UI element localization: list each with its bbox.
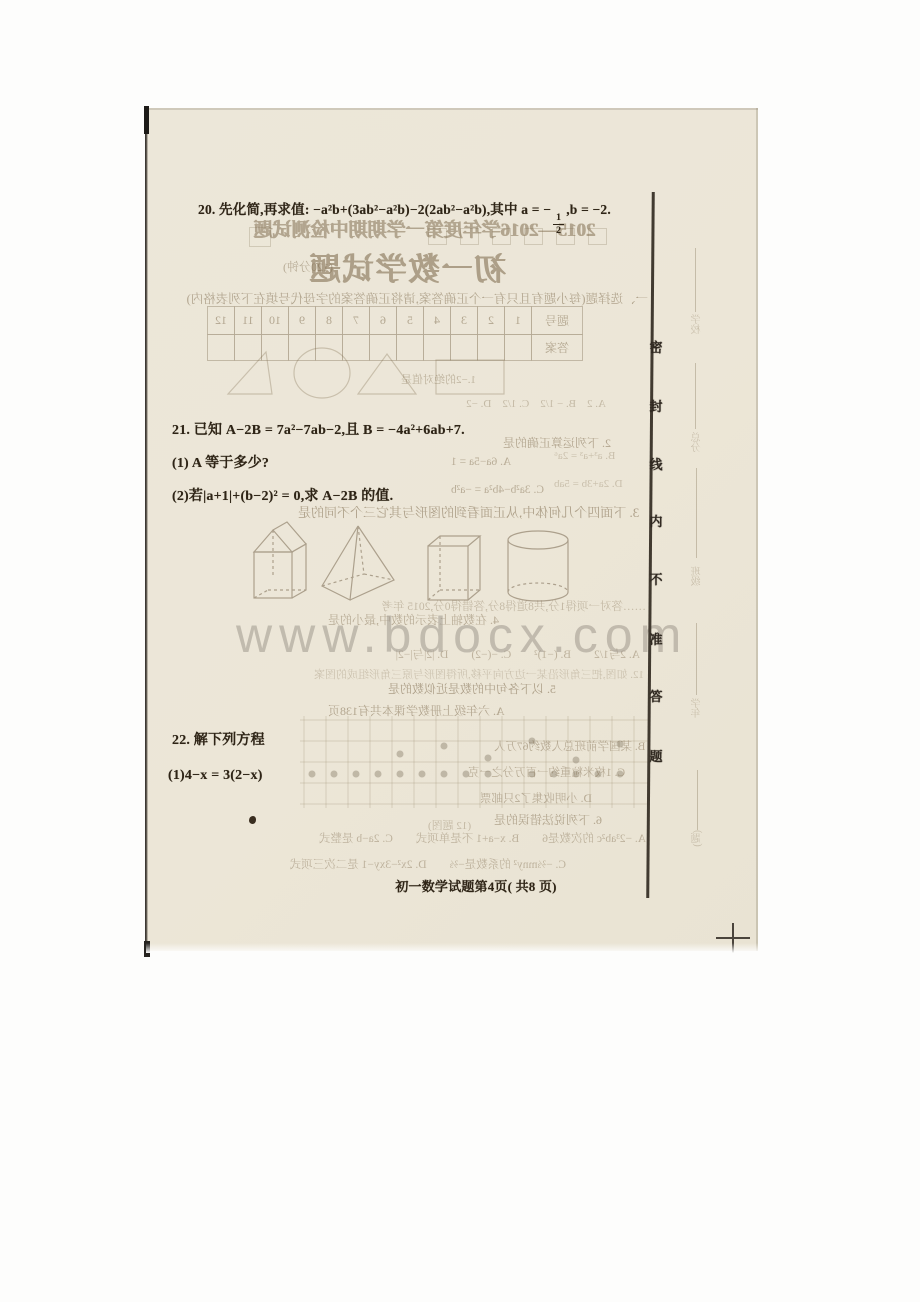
table-cell: 3 bbox=[450, 306, 478, 335]
question-20-text: 20. 先化简,再求值: −a²b+(3ab²−a²b)−2(2ab²−a²b)… bbox=[198, 202, 551, 217]
bleed-fragment: 1.−2的绝对值是 bbox=[401, 371, 476, 387]
fraction-denominator: 2 bbox=[556, 225, 561, 236]
scan-edge-mark-top bbox=[144, 106, 149, 134]
margin-dash bbox=[695, 363, 696, 429]
question-22-title: 22. 解下列方程 bbox=[172, 729, 265, 749]
table-cell: 答案 bbox=[531, 334, 583, 361]
bleed-fragment: B. 某国学前班总人数约67万人 bbox=[494, 738, 645, 754]
scan-canvas: 2015—2016学年度第一学期期中检测试题 初一数学试题 (120分钟) 一、… bbox=[0, 0, 920, 1302]
bleed-margin-label: (题) bbox=[690, 830, 705, 847]
paper-right-edge bbox=[756, 108, 758, 951]
bleed-margin-label: 总分 bbox=[690, 432, 705, 452]
bleed-fragment: C. 1枚米粒重约一百万分之一克 bbox=[468, 764, 625, 780]
table-cell: 8 bbox=[315, 306, 343, 335]
table-cell: 5 bbox=[396, 306, 424, 335]
bleed-fragment: C. 3a²b−4b²a = −a²b bbox=[451, 484, 544, 496]
margin-dash bbox=[695, 248, 696, 312]
seal-char: 不 bbox=[647, 569, 665, 588]
question-22-part1: (1)4−x = 3(2−x) bbox=[168, 768, 263, 784]
table-cell: 4 bbox=[423, 306, 451, 335]
bleed-fragment: 5. 以下各句中的数是近似数的是 bbox=[388, 680, 556, 697]
bleed-fragment: D. 2a+3b = 5ab bbox=[554, 478, 623, 490]
bleed-fragment: A. 六年级上册数学课本共有138页 bbox=[328, 702, 505, 719]
seal-char: 线 bbox=[647, 454, 665, 473]
margin-dash bbox=[697, 770, 698, 830]
scan-left-edge-line bbox=[145, 108, 148, 951]
fraction: 12 bbox=[553, 213, 564, 235]
seal-char: 准 bbox=[647, 629, 665, 648]
seal-char: 题 bbox=[647, 746, 665, 765]
bleed-fragment: A. 6a−5a = 1 bbox=[451, 456, 511, 468]
bleed-fragment: 2. 下列运算正确的是 bbox=[503, 434, 611, 451]
table-cell: 2 bbox=[477, 306, 505, 335]
question-21-part1: (1) A 等于多少? bbox=[172, 452, 269, 472]
table-cell: 6 bbox=[369, 306, 397, 335]
bleed-solid-figures bbox=[246, 518, 576, 608]
question-21-part2: (2)若|a+1|+(b−2)² = 0,求 A−2B 的值. bbox=[172, 485, 393, 505]
seal-char: 密 bbox=[647, 337, 665, 356]
seal-char: 内 bbox=[647, 511, 665, 530]
bleed-exam-duration: (120分钟) bbox=[283, 258, 333, 275]
seal-char: 封 bbox=[647, 396, 665, 415]
bleed-fragment: A. −2³ab²c 的次数是6 B. x−a+1 不是单项式 C. 2a−b … bbox=[166, 830, 646, 846]
question-20-text-end: ,b = −2. bbox=[566, 202, 611, 217]
table-cell: 1 bbox=[504, 306, 532, 335]
paper-top-edge bbox=[146, 108, 758, 110]
bleed-margin-label: 班级 bbox=[690, 566, 705, 586]
bleed-exam-title: 初一数学试题 bbox=[321, 244, 506, 289]
question-21-line1: 21. 已知 A−2B = 7a²−7ab−2,且 B = −4a²+6ab+7… bbox=[172, 419, 465, 439]
bleed-fragment: D. 小明收集了2只邮票 bbox=[480, 790, 592, 806]
watermark: www.bdocx.com bbox=[236, 606, 706, 664]
page-footer: 初一数学试题第4页( 共8 页) bbox=[376, 876, 576, 895]
bleed-section1: 一、选择题(每小题有且只有一个正确答案,请将正确答案的字母代号填在下列表格内) bbox=[178, 289, 648, 307]
bleed-margin-label: 学年 bbox=[690, 698, 705, 718]
bleed-fragment: B. a³+a³ = 2a⁶ bbox=[554, 450, 615, 462]
bleed-fragment: C. −⅔mny² 的系数是−⅔ D. 2x²−3xy−1 是二次三项式 bbox=[236, 856, 566, 872]
table-cell: 题号 bbox=[531, 306, 583, 335]
fraction-numerator: 1 bbox=[553, 213, 564, 225]
table-cell: 10 bbox=[261, 306, 289, 335]
table-cell: 7 bbox=[342, 306, 370, 335]
bleed-margin-label: 学校 bbox=[690, 314, 705, 334]
exam-paper-page: 2015—2016学年度第一学期期中检测试题 初一数学试题 (120分钟) 一、… bbox=[146, 108, 758, 951]
bleed-fragment: 6. 下列说法错误的是 bbox=[494, 811, 602, 828]
seal-char: 答 bbox=[647, 686, 665, 705]
table-cell: 9 bbox=[288, 306, 316, 335]
answer-table-header-row: 题号 1 2 3 4 5 6 7 8 9 10 11 12 bbox=[207, 307, 582, 335]
ink-speck bbox=[249, 816, 256, 824]
bleed-grid-figure bbox=[300, 716, 648, 808]
scan-bottom-fade bbox=[146, 943, 758, 953]
margin-dash bbox=[696, 468, 697, 558]
table-cell: 11 bbox=[234, 306, 262, 335]
question-20: 20. 先化简,再求值: −a²b+(3ab²−a²b)−2(2ab²−a²b)… bbox=[198, 198, 611, 235]
bleed-fragment: A. 2 B. − 1/2 C. 1/2 D. −2 bbox=[266, 395, 606, 411]
table-cell: 12 bbox=[207, 306, 235, 335]
